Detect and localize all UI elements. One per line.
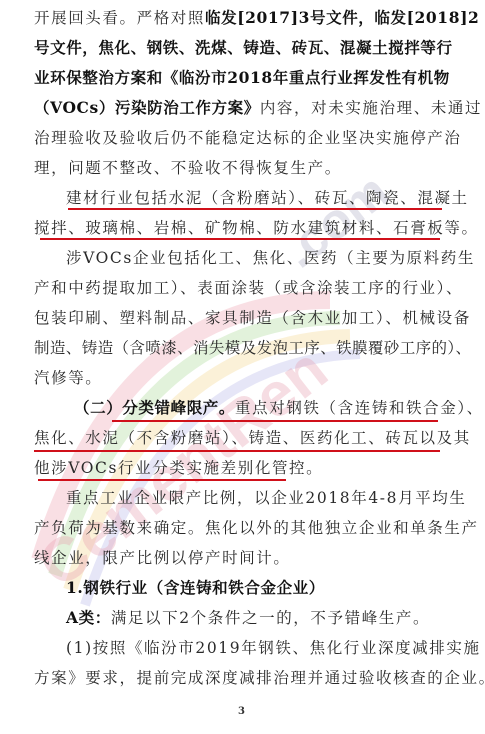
red-underline [112, 420, 438, 422]
red-underline [68, 208, 442, 210]
text-line: 焦化、水泥（不含粉磨站）、铸造、医药化工、砖瓦以及其 [34, 423, 471, 453]
page-number: 3 [238, 706, 245, 717]
text-line: 制造、铸造（含喷漆、消失模及发泡工序、铁膜覆砂工序的）、 [34, 333, 471, 363]
text-line: 重点工业企业限产比例，以企业2018年4-8月平均生 [66, 483, 467, 513]
subsection-heading: 1.钢铁行业（含连铸和铁合金企业） [66, 573, 325, 603]
text-line: （VOCs）污染防治工作方案》内容，对未实施治理、未通过 [34, 93, 482, 123]
text-line: A类：满足以下2个条件之一的，不予错峰生产。 [66, 603, 430, 633]
red-underline [38, 479, 286, 481]
text-line: 号文件，焦化、钢铁、洗煤、铸造、砖瓦、混凝土搅拌等行 [34, 33, 453, 63]
section-heading: （二）分类错峰限产。重点对钢铁（含连铸和铁合金）、 [74, 393, 484, 423]
text-line: 汽修等。 [34, 363, 102, 393]
document-page: CementRen .com 开展回头看。严格对照临发[2017]3号文件，临发… [0, 0, 485, 734]
text-line: 业环保整治方案和《临汾市2018年重点行业挥发性有机物 [34, 63, 450, 93]
red-underline [34, 450, 440, 452]
text-line: 线企业，限产比例以停产时间计。 [34, 543, 291, 573]
text-line: 涉VOCs企业包括化工、焦化、医药（主要为原料药生 [66, 243, 475, 273]
red-underline [40, 238, 440, 240]
text-line: (1)按照《临汾市2019年钢铁、焦化行业深度减排实施 [66, 633, 481, 663]
text-line: 包装印刷、塑料制品、家具制造（含木业加工）、机械设备 [34, 303, 471, 333]
text-line: 方案》要求，提前完成深度减排治理并通过验收核查的企业。 [34, 663, 485, 693]
text-line: 治理验收及验收后仍不能稳定达标的企业坚决实施停产治 [34, 123, 462, 153]
text-line: 理，问题不整改、不验收不得恢复生产。 [34, 153, 342, 183]
text-line: 产负荷为基数来确定。焦化以外的其他独立企业和单条生产 [34, 513, 479, 543]
text-line: 开展回头看。严格对照临发[2017]3号文件，临发[2018]2 [34, 3, 479, 33]
text-line: 产和中药提取加工）、表面涂装（或含涂装工序的行业）、 [34, 273, 463, 303]
